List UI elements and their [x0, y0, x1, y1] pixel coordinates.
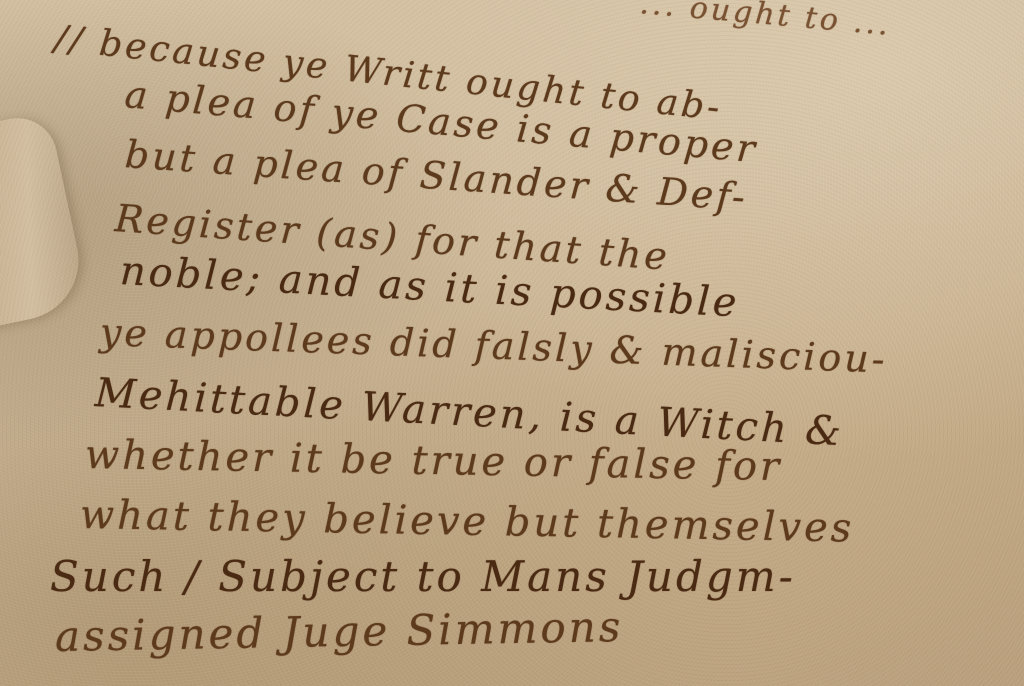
manuscript-photo: ... ought to ... // because ye Writt oug… — [0, 0, 1024, 686]
manuscript-line: Such / Subject to Mans Judgm- — [50, 552, 796, 601]
manuscript-line: ye appollees did falsly & malisciou- — [99, 310, 888, 381]
folded-paper-corner — [0, 111, 90, 329]
manuscript-line: ... ought to ... — [638, 0, 892, 43]
manuscript-line: what they believe but themselves — [80, 492, 855, 552]
manuscript-line: assigned Juge Simmons — [55, 602, 624, 661]
